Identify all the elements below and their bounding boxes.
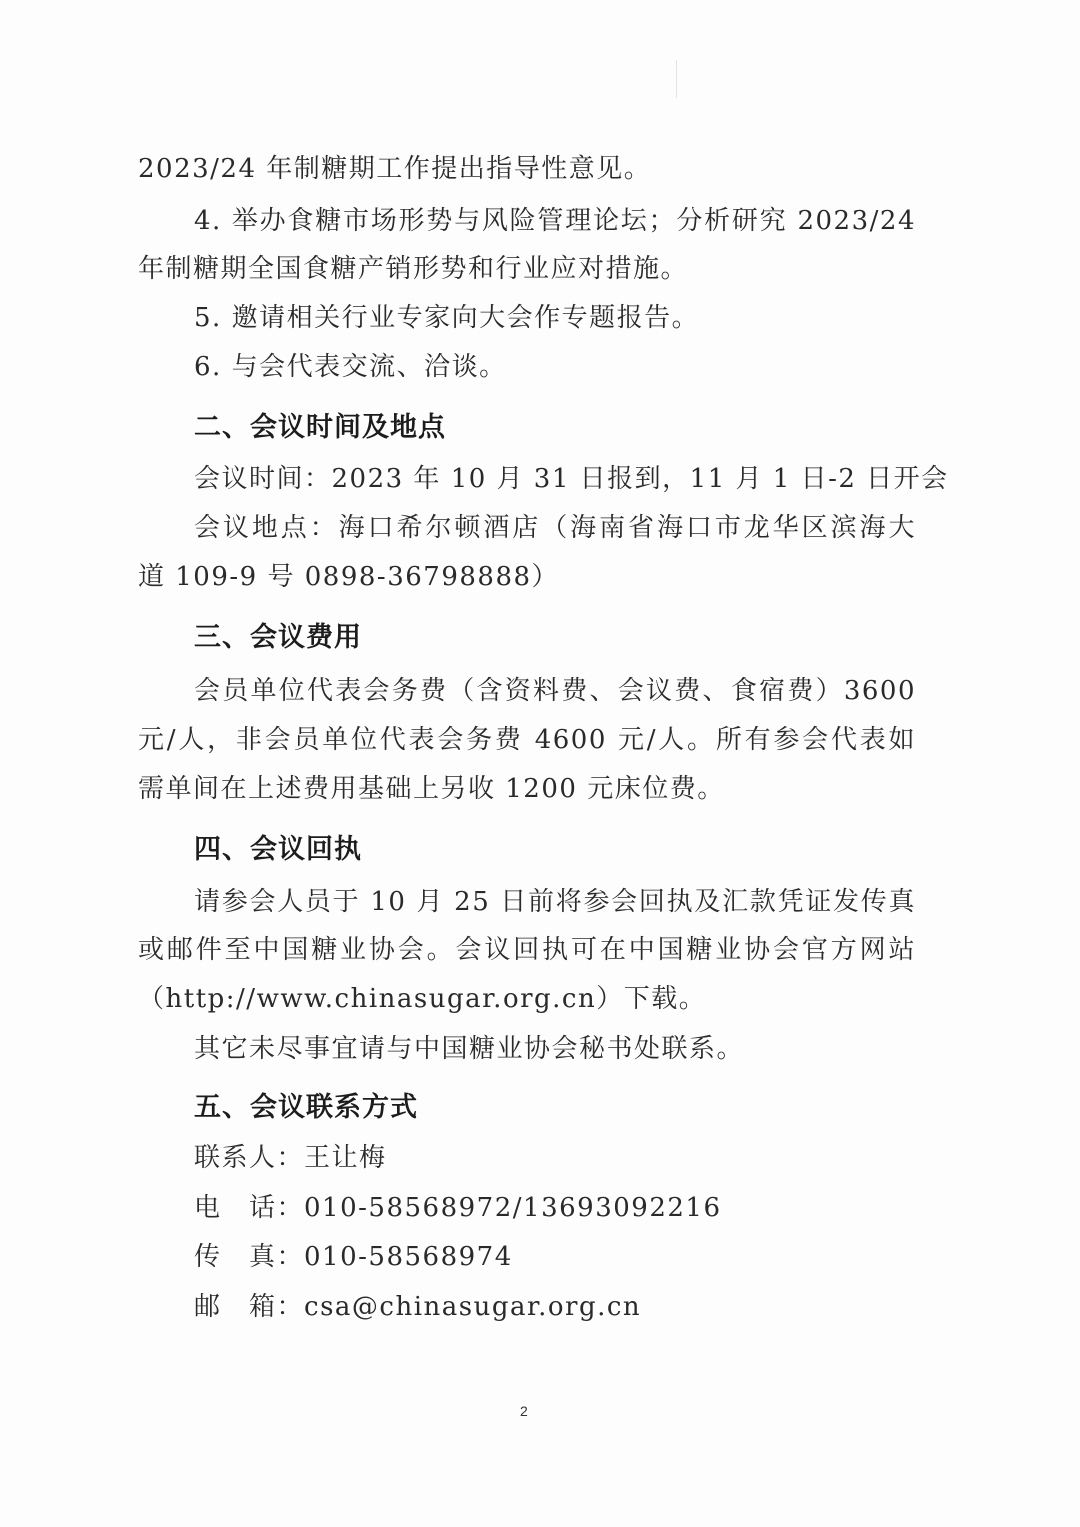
section-heading-time-location: 二、会议时间及地点 (194, 411, 446, 445)
page-number: 2 (520, 1403, 528, 1419)
document-page: 2023/24 年制糖期工作提出指导性意见。 4. 举办食糖市场形势与风险管理论… (0, 0, 1080, 1527)
contact-fax-label: 传 真： (194, 1240, 304, 1274)
list-item-4-line2: 年制糖期全国食糖产销形势和行业应对措施。 (138, 252, 688, 286)
fees-line1: 会员单位代表会务费（含资料费、会议费、食宿费）3600 (194, 674, 916, 708)
contact-email-row: 邮 箱：csa@chinasugar.org.cn (194, 1290, 641, 1324)
fees-line3: 需单间在上述费用基础上另收 1200 元床位费。 (138, 772, 725, 806)
list-item-6: 6. 与会代表交流、洽谈。 (194, 350, 507, 384)
meeting-location-line1: 会议地点：海口希尔顿酒店（海南省海口市龙华区滨海大 (194, 511, 916, 545)
continuation-line: 2023/24 年制糖期工作提出指导性意见。 (138, 152, 651, 186)
contact-phone-row: 电 话：010-58568972/13693092216 (194, 1191, 721, 1225)
contact-person-value: 王让梅 (304, 1143, 387, 1173)
fees-line2: 元/人，非会员单位代表会务费 4600 元/人。所有参会代表如 (138, 723, 916, 757)
receipt-line3-website: （http://www.chinasugar.org.cn）下载。 (138, 982, 706, 1016)
other-matters-line: 其它未尽事宜请与中国糖业协会秘书处联系。 (194, 1032, 744, 1066)
section-heading-fees: 三、会议费用 (194, 621, 362, 655)
contact-phone-label: 电 话： (194, 1191, 304, 1225)
section-heading-contact: 五、会议联系方式 (194, 1091, 418, 1125)
contact-person-label: 联系人： (194, 1141, 304, 1175)
list-item-5: 5. 邀请相关行业专家向大会作专题报告。 (194, 301, 699, 335)
contact-email-value[interactable]: csa@chinasugar.org.cn (304, 1292, 641, 1322)
scan-artifact (676, 60, 677, 98)
meeting-time-line: 会议时间：2023 年 10 月 31 日报到，11 月 1 日-2 日开会 (194, 462, 916, 496)
contact-person-row: 联系人：王让梅 (194, 1141, 387, 1175)
receipt-line2: 或邮件至中国糖业协会。会议回执可在中国糖业协会官方网站 (138, 933, 916, 967)
contact-phone-value: 010-58568972/13693092216 (304, 1193, 721, 1223)
meeting-location-line2: 道 109-9 号 0898-36798888） (138, 560, 559, 594)
contact-fax-row: 传 真：010-58568974 (194, 1240, 513, 1274)
receipt-line1: 请参会人员于 10 月 25 日前将参会回执及汇款凭证发传真 (194, 885, 916, 919)
contact-email-label: 邮 箱： (194, 1290, 304, 1324)
contact-fax-value: 010-58568974 (304, 1242, 513, 1272)
list-item-4-line1: 4. 举办食糖市场形势与风险管理论坛；分析研究 2023/24 (194, 204, 916, 238)
section-heading-receipt: 四、会议回执 (194, 833, 362, 867)
